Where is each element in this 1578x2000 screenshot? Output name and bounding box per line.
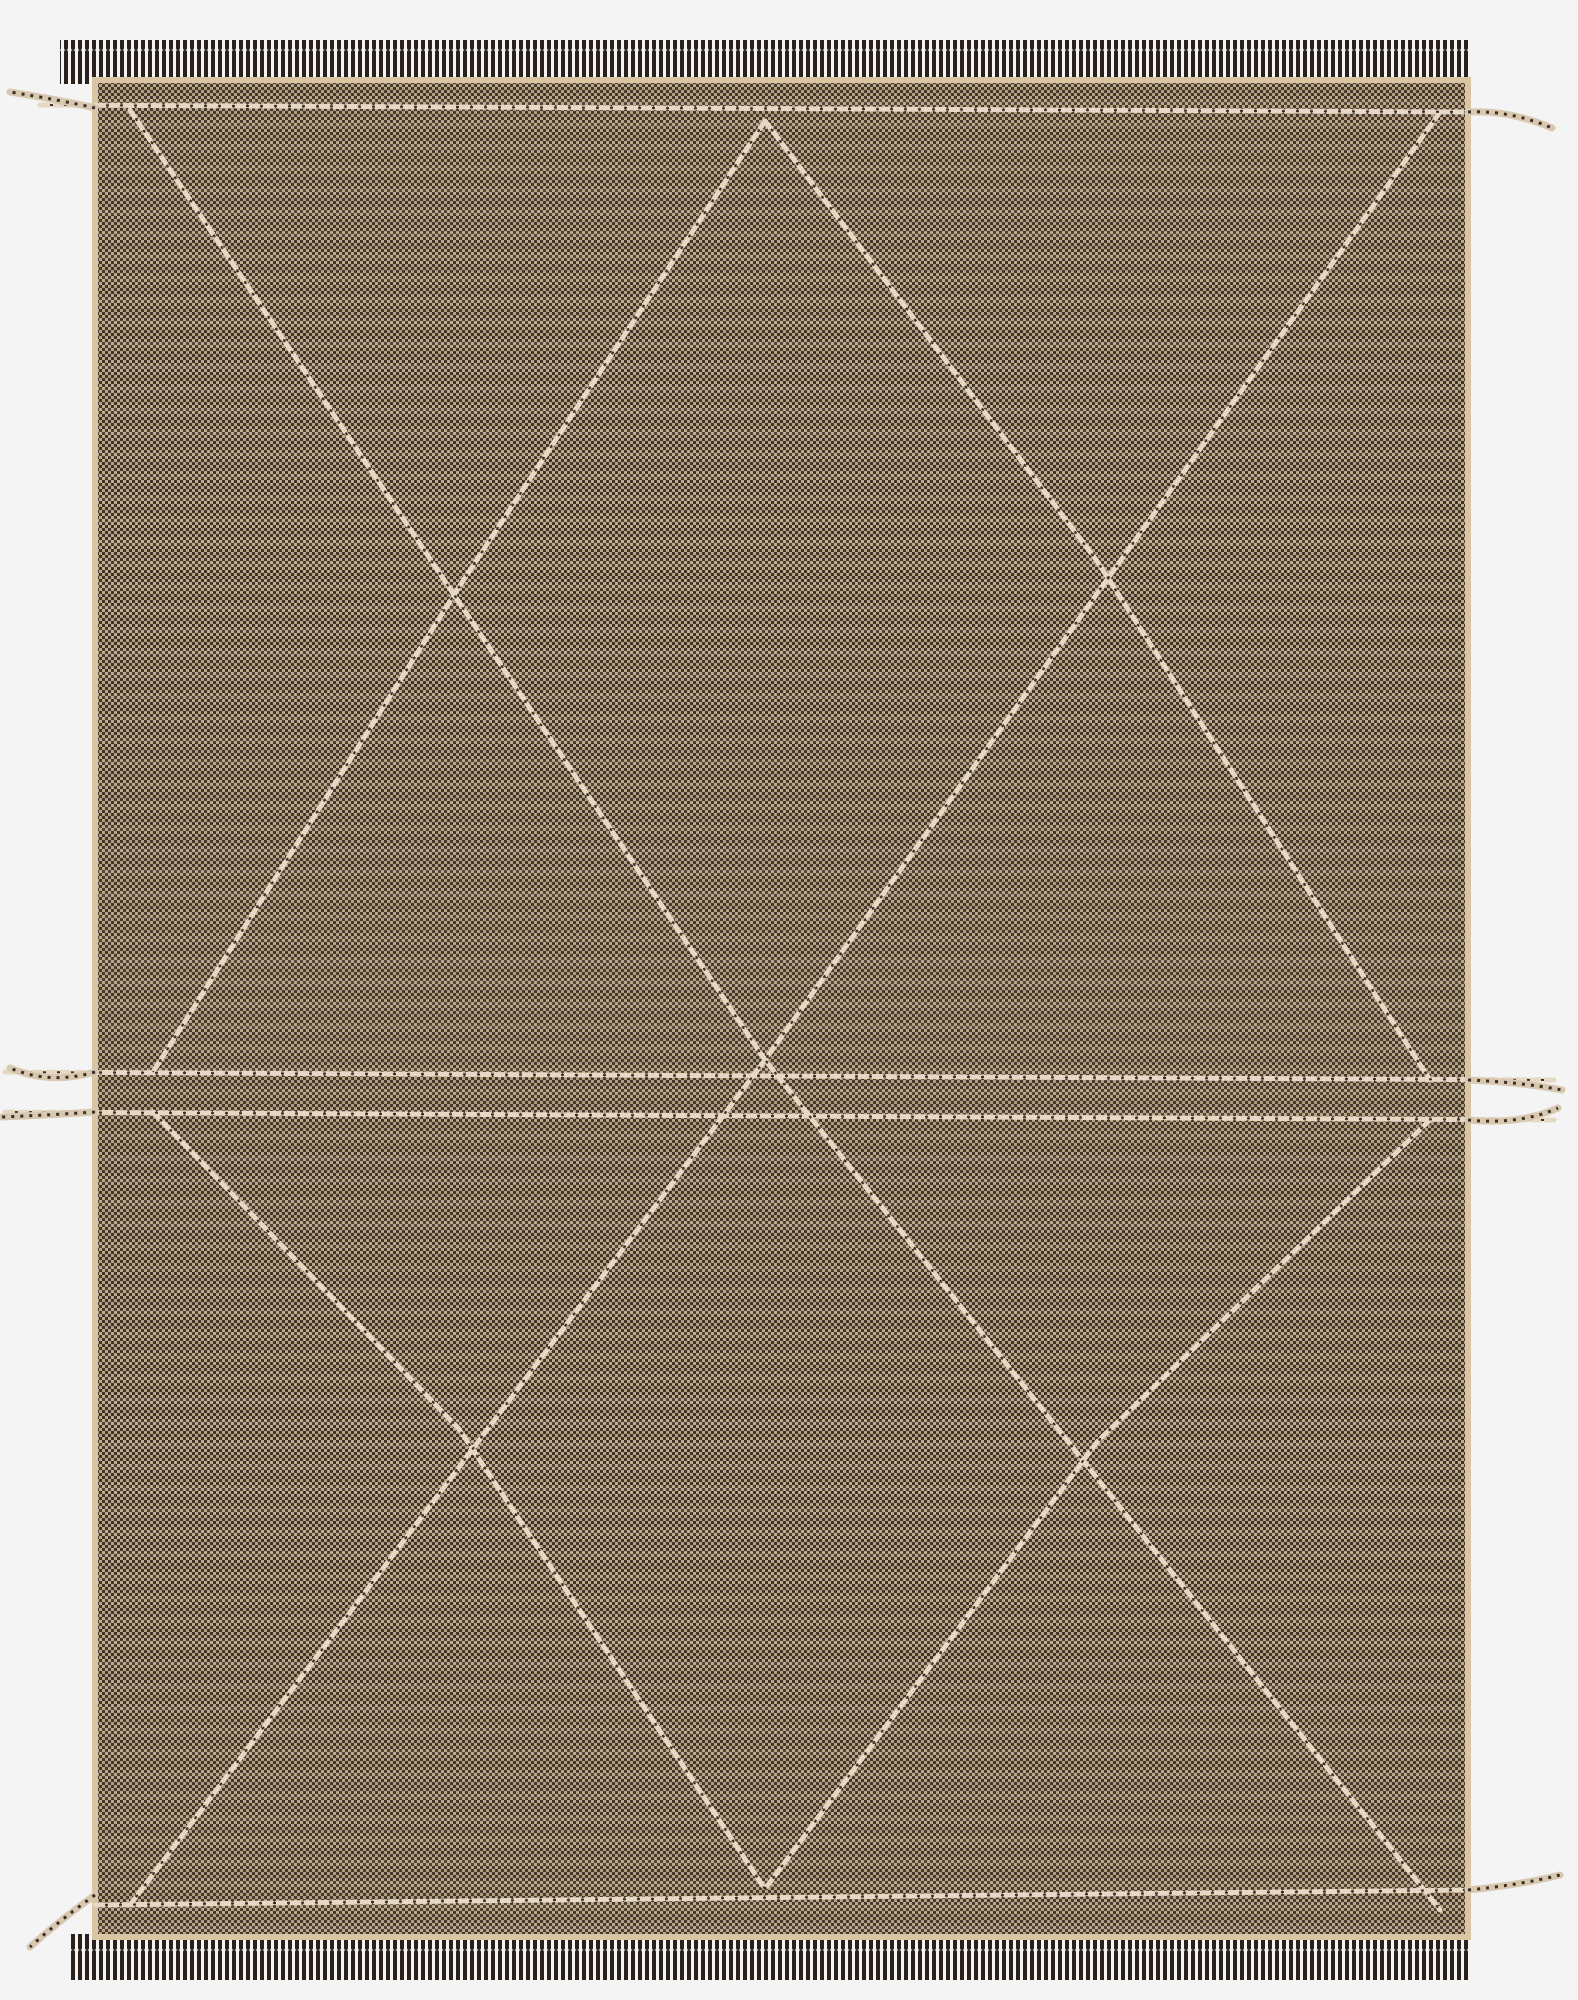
bottom-fringe	[70, 1934, 1470, 1980]
rug-photo	[0, 0, 1578, 2000]
